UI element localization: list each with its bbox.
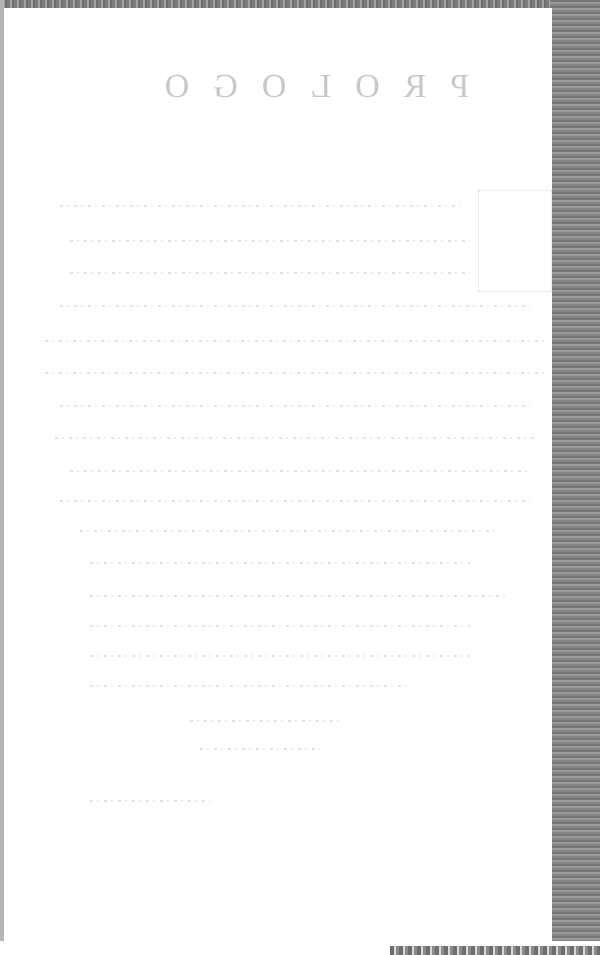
show-through-line [90,562,470,564]
show-through-line [90,800,210,802]
show-through-line [60,305,530,307]
bottom-scan-edge [390,946,600,955]
show-through-line [90,655,470,657]
show-through-line [190,720,340,722]
show-through-line [80,530,500,532]
show-through-line [55,437,535,439]
page [4,8,552,943]
scan-border-top [0,0,600,8]
decorative-initial-ornament [478,190,552,292]
show-through-line [70,240,470,242]
show-through-line [60,405,530,407]
scan-border-right [550,0,600,955]
show-through-line [60,205,460,207]
show-through-line [45,372,545,374]
show-through-line [90,625,470,627]
show-through-line [70,272,470,274]
show-through-line [90,685,410,687]
show-through-line [45,340,545,342]
page-title: PROLOGO [65,68,545,106]
show-through-line [200,748,320,750]
show-through-line [70,470,530,472]
show-through-line [60,500,530,502]
show-through-line [90,595,510,597]
